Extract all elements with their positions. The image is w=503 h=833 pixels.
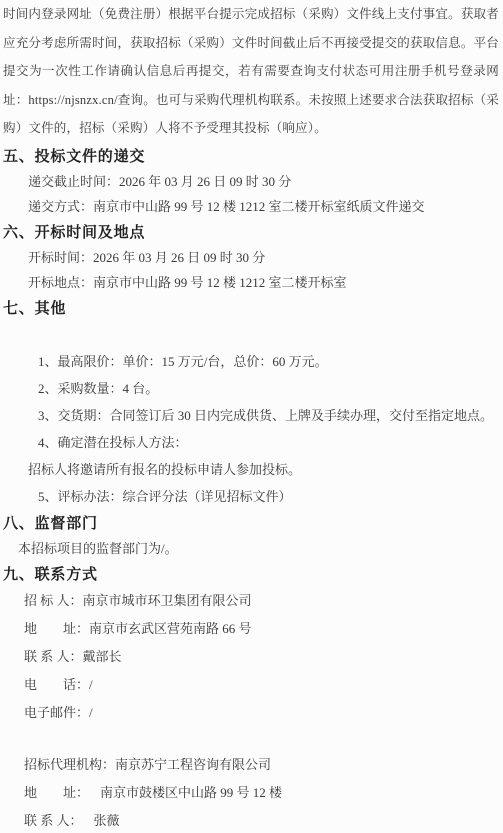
tenderer-contact-block: 招 标 人：南京市城市环卫集团有限公司 地 址：南京市玄武区营苑南路 66 号 … (3, 587, 499, 727)
tenderer-address-label: 地 址： (24, 621, 89, 636)
agency-contact-block: 招标代理机构：南京苏宁工程咨询有限公司 地 址：南京市鼓楼区中山路 99 号 1… (3, 751, 499, 833)
agency-contact-person-value: 张薇 (83, 813, 120, 828)
submission-deadline-line: 递交截止时间：2026 年 03 月 26 日 09 时 30 分 (3, 169, 499, 194)
supervision-department-line: 本招标项目的监督部门为/。 (3, 536, 499, 561)
agency-value: 南京苏宁工程咨询有限公司 (115, 757, 271, 772)
section-7-heading: 七、其他 (3, 298, 499, 321)
agency-label: 招标代理机构： (24, 757, 115, 772)
quantity-item: 2、采购数量：4 台。 (3, 375, 499, 402)
tenderer-row: 招 标 人：南京市城市环卫集团有限公司 (3, 587, 499, 615)
section-8-heading: 八、监督部门 (3, 513, 499, 536)
potential-bidder-method-item: 4、确定潜在投标人方法： (3, 429, 499, 456)
tenderer-address-row: 地 址：南京市玄武区营苑南路 66 号 (3, 615, 499, 643)
bid-opening-place-line: 开标地点：南京市中山路 99 号 12 楼 1212 室二楼开标室 (3, 270, 499, 295)
delivery-period-item: 3、交货期：合同签订后 30 日内完成供货、上牌及手续办理，交付至指定地点。 (3, 402, 499, 429)
tender-notice-page: 时间内登录网址（免费注册）根据平台提示完成招标（采购）文件线上支付事宜。获取者应… (0, 0, 503, 833)
section-6-heading: 六、开标时间及地点 (3, 222, 499, 245)
agency-address-label: 地 址： (24, 785, 89, 800)
max-price-item: 1、最高限价：单价：15 万元/台，总价：60 万元。 (3, 348, 499, 375)
agency-address-value: 南京市鼓楼区中山路 99 号 12 楼 (89, 785, 282, 800)
submission-method-line: 递交方式：南京市中山路 99 号 12 楼 1212 室二楼开标室纸质文件递交 (3, 194, 499, 219)
tenderer-phone-row: 电 话：/ (3, 671, 499, 699)
agency-address-row: 地 址：南京市鼓楼区中山路 99 号 12 楼 (3, 779, 499, 807)
tenderer-contact-person-label: 联 系 人： (24, 649, 83, 664)
invitation-note-item: 招标人将邀请所有报名的投标申请人参加投标。 (3, 456, 499, 483)
tenderer-contact-person-row: 联 系 人：戴部长 (3, 643, 499, 671)
tenderer-address-value: 南京市玄武区营苑南路 66 号 (89, 621, 252, 636)
agency-contact-person-label: 联 系 人： (24, 813, 83, 828)
section-9-heading: 九、联系方式 (3, 564, 499, 587)
other-items-list: 1、最高限价：单价：15 万元/台，总价：60 万元。 2、采购数量：4 台。 … (3, 348, 499, 510)
evaluation-method-item: 5、评标办法：综合评分法（详见招标文件） (3, 483, 499, 510)
section-5-heading: 五、投标文件的递交 (3, 146, 499, 169)
tenderer-contact-person-value: 戴部长 (83, 649, 122, 664)
tenderer-email-value: / (89, 705, 93, 720)
tenderer-phone-value: / (89, 677, 93, 692)
tenderer-label: 招 标 人： (24, 593, 83, 608)
agency-row: 招标代理机构：南京苏宁工程咨询有限公司 (3, 751, 499, 779)
intro-paragraph: 时间内登录网址（免费注册）根据平台提示完成招标（采购）文件线上支付事宜。获取者应… (3, 0, 499, 143)
tenderer-email-label: 电子邮件： (24, 705, 89, 720)
tenderer-value: 南京市城市环卫集团有限公司 (83, 593, 252, 608)
agency-contact-person-row: 联 系 人：张薇 (3, 807, 499, 833)
tenderer-email-row: 电子邮件：/ (3, 699, 499, 727)
bid-opening-time-line: 开标时间：2026 年 03 月 26 日 09 时 30 分 (3, 245, 499, 270)
tenderer-phone-label: 电 话： (24, 677, 89, 692)
